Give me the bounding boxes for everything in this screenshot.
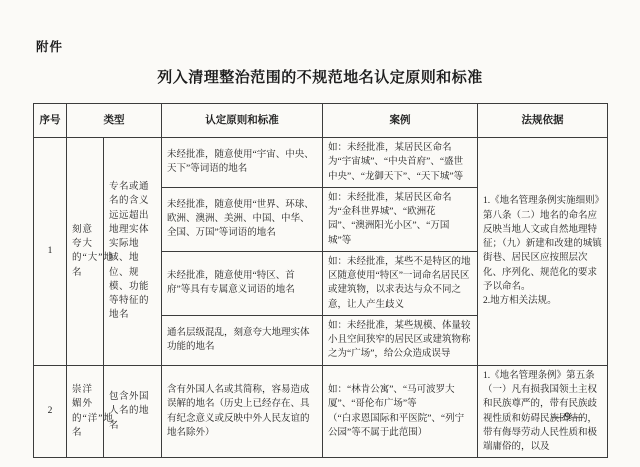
row1-principle-1: 未经批准，随意使用“宇宙、中央、天下”等词语的地名 bbox=[162, 138, 323, 188]
row2-principle-1: 含有外国人名或其简称，容易造成误解的地名（历史上已经存在、具有纪念意义或反映中外… bbox=[162, 365, 323, 458]
attachment-label: 附件 bbox=[36, 37, 63, 55]
row1-case-4: 如：未经批准，某些规模、体量较小且空间狭窄的居民区或建筑物称之为“广场”，给公众… bbox=[323, 315, 478, 365]
col-header-criteria: 认定原则和标准 bbox=[162, 104, 323, 138]
row2-legal-basis: 1.《地名管理条例》第五条（一）凡有损我国领土主权和民族尊严的，带有民族歧视性质… bbox=[478, 365, 608, 458]
row1-principle-3: 未经批准，随意使用“特区、首府”等具有专属意义词语的地名 bbox=[162, 251, 323, 315]
page-number: —9— bbox=[552, 411, 584, 423]
row1-legal-basis: 1.《地名管理条例实施细则》第八条（二）地名的命名应反映当地人文或自然地理特征；… bbox=[478, 138, 608, 366]
table-row: 1 刻意夸大的“大”地名 专名或通名的含义远远超出地理实体实际地域、地位、规模、… bbox=[34, 138, 608, 188]
table-header-row: 序号 类型 认定原则和标准 案例 法规依据 bbox=[34, 104, 608, 138]
row1-principle-4: 通名层级混乱，刻意夸大地理实体功能的地名 bbox=[162, 315, 323, 365]
standards-table: 序号 类型 认定原则和标准 案例 法规依据 1 刻意夸大的“大”地名 专名或通名… bbox=[33, 103, 608, 458]
row1-number: 1 bbox=[34, 138, 67, 366]
page-title: 列入清理整治范围的不规范地名认定原则和标准 bbox=[0, 66, 640, 87]
col-header-type: 类型 bbox=[67, 104, 162, 138]
col-header-case: 案例 bbox=[323, 104, 478, 138]
col-header-no: 序号 bbox=[34, 104, 67, 138]
row1-type-description: 专名或通名的含义远远超出地理实体实际地域、地位、规模、功能等特征的地名 bbox=[104, 138, 162, 366]
row1-case-1: 如：未经批准，某居民区命名为“宇宙城”、“中央首府”、“盛世中央”、“龙御天下”… bbox=[323, 138, 478, 188]
col-header-legal-basis: 法规依据 bbox=[478, 104, 608, 138]
row2-type-description: 包含外国人名的地名 bbox=[104, 365, 162, 458]
row1-case-2: 如：未经批准，某居民区命名为“金科世界城”、“欧洲花园”、“澳洲阳光小区”、“万… bbox=[323, 187, 478, 251]
row2-case-1: 如：“林肯公寓”、“马可波罗大厦”、“哥伦布广场”等 （“白求恩国际和平医院”、… bbox=[323, 365, 478, 458]
document-page: 附件 列入清理整治范围的不规范地名认定原则和标准 序号 类型 认定原则和标准 案… bbox=[0, 0, 640, 467]
row2-type: 崇洋媚外的“洋”地名 bbox=[67, 365, 104, 458]
table-row: 2 崇洋媚外的“洋”地名 包含外国人名的地名 含有外国人名或其简称，容易造成误解… bbox=[34, 365, 608, 458]
row1-case-3: 如：未经批准，某些不是特区的地区随意使用“特区”一词命名居民区或建筑物，以求表达… bbox=[323, 251, 478, 315]
row1-principle-2: 未经批准，随意使用“世界、环球、欧洲、澳洲、美洲、中国、中华、全国、万国”等词语… bbox=[162, 187, 323, 251]
row1-type: 刻意夸大的“大”地名 bbox=[67, 138, 104, 366]
row2-number: 2 bbox=[34, 365, 67, 458]
